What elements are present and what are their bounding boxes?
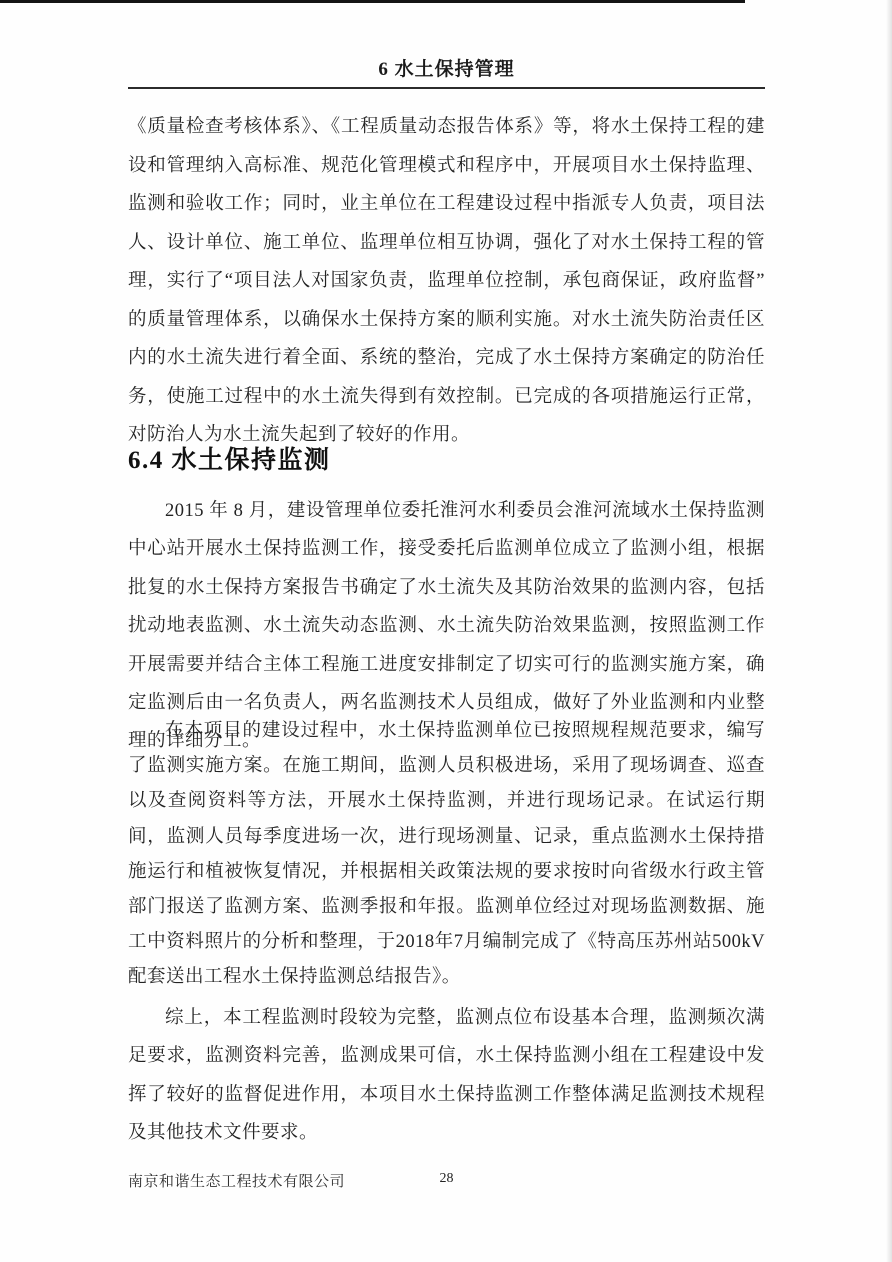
paragraph-monitoring-summary: 综上，本工程监测时段较为完整，监测点位布设基本合理，监测频次满足要求，监测资料完…: [128, 999, 765, 1152]
scan-artifact-right-edge: [886, 0, 892, 1262]
document-page: 6 水土保持管理 《质量检查考核体系》、《工程质量动态报告体系》等，将水土保持工…: [0, 0, 892, 1262]
page-footer: 南京和谐生态工程技术有限公司 28: [128, 1170, 765, 1192]
paragraph-quality-management-continuation: 《质量检查考核体系》、《工程质量动态报告体系》等，将水土保持工程的建设和管理纳入…: [128, 108, 765, 455]
footer-page-number: 28: [440, 1171, 454, 1187]
chapter-header-title: 6 水土保持管理: [128, 57, 765, 89]
footer-company-name: 南京和谐生态工程技术有限公司: [128, 1170, 345, 1191]
scan-artifact-top-line: [0, 0, 745, 3]
section-heading-6-4-monitoring: 6.4 水土保持监测: [128, 445, 765, 477]
paragraph-monitoring-process: 在本项目的建设过程中，水土保持监测单位已按照规程规范要求，编写了监测实施方案。在…: [128, 714, 765, 996]
